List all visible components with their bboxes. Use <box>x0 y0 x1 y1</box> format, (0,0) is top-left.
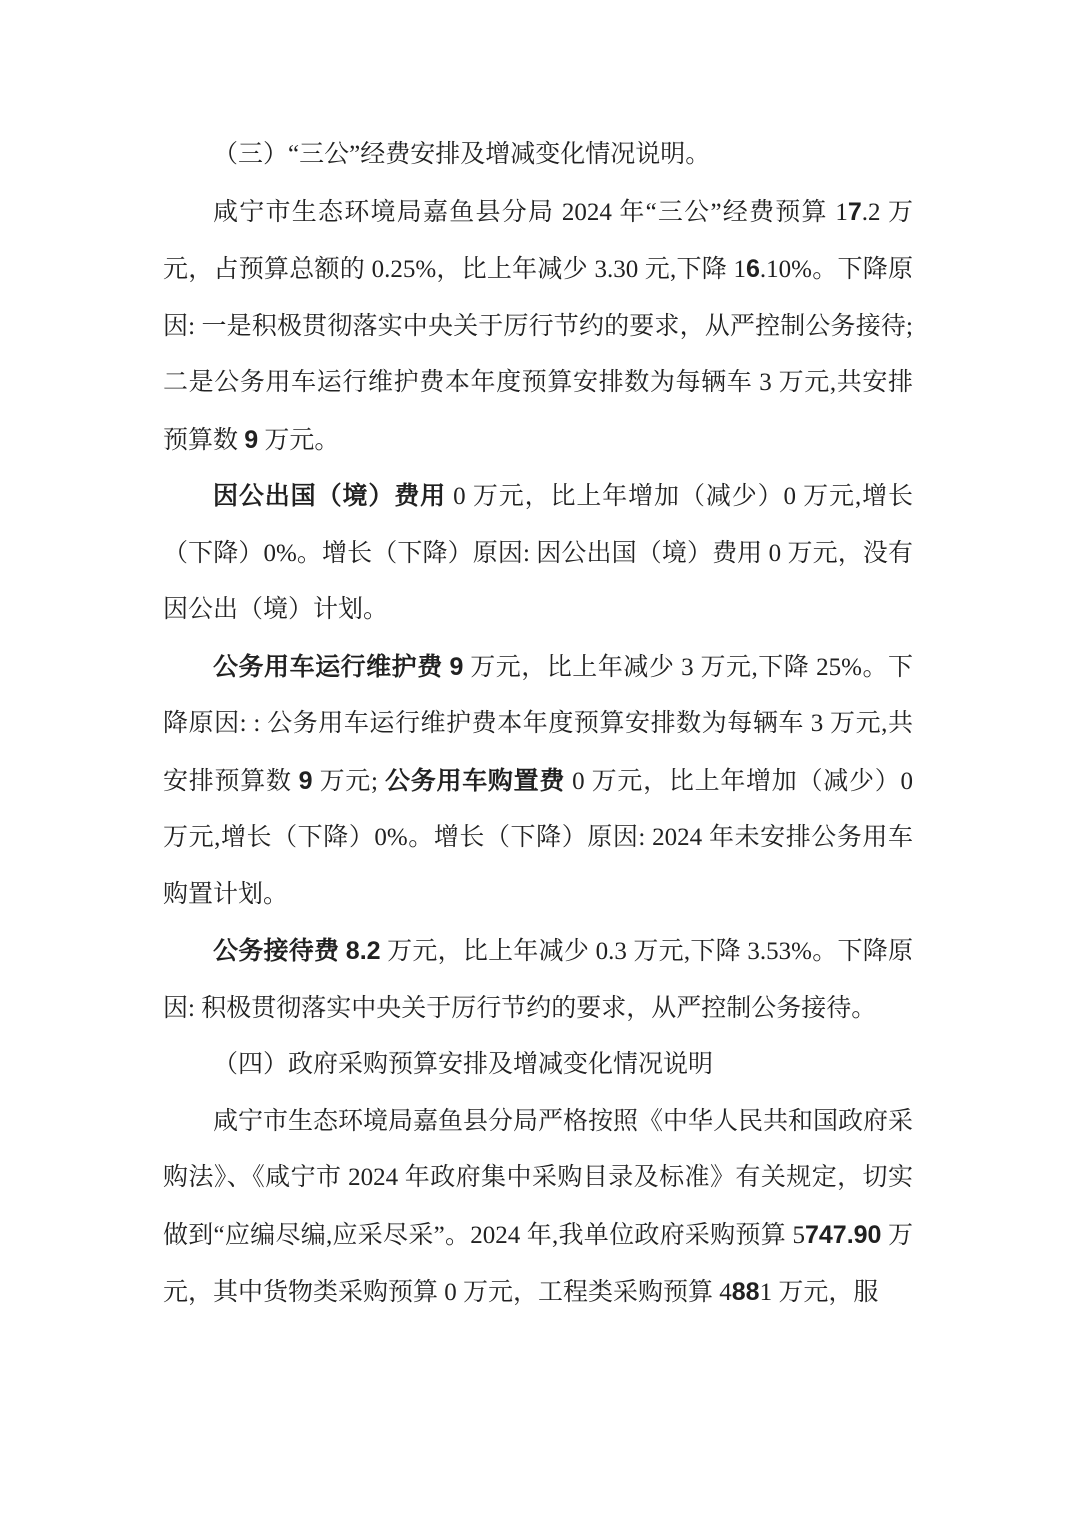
text-run: 咸宁市生态环境局嘉鱼县分局严格按照《中华人民共和国政府采购法》、《咸宁市 202… <box>163 1108 913 1249</box>
paragraph-5: 公务接待费 8.2 万元，比上年减少 0.3 万元,下降 3.53%。下降原因:… <box>163 923 913 1037</box>
text-run-bold: 7 <box>848 198 862 226</box>
text-run-bold: 8.2 <box>346 937 381 965</box>
text-run: 咸宁市生态环境局嘉鱼县分局 2024 年“三公”经费预算 1 <box>213 199 848 226</box>
text-run-bold: 公务用车购置费 <box>385 768 565 795</box>
text-run: 1 万元，服 <box>760 1279 879 1306</box>
text-run-bold: 9 <box>299 767 313 795</box>
text-run: （四）政府采购预算安排及增减变化情况说明 <box>213 1051 713 1078</box>
text-run-bold: 9 <box>450 653 464 681</box>
text-run: （三）“三公”经费安排及增减变化情况说明。 <box>213 141 710 168</box>
text-run <box>443 654 450 681</box>
text-run-bold: 因公出国（境）费用 <box>213 483 446 510</box>
document-body: （三）“三公”经费安排及增减变化情况说明。咸宁市生态环境局嘉鱼县分局 2024 … <box>0 0 1074 1322</box>
text-run-bold: 747.90 <box>805 1221 881 1249</box>
paragraph-2: 咸宁市生态环境局嘉鱼县分局 2024 年“三公”经费预算 17.2 万元，占预算… <box>163 184 913 470</box>
text-run-bold: 公务接待费 <box>213 938 339 965</box>
paragraph-1: （三）“三公”经费安排及增减变化情况说明。 <box>163 127 913 184</box>
text-run-bold: 88 <box>732 1278 760 1306</box>
text-run: .10%。下降原因: 一是积极贯彻落实中央关于厉行节约的要求，从严控制公务接待;… <box>163 256 913 454</box>
paragraph-6: （四）政府采购预算安排及增减变化情况说明 <box>163 1037 913 1094</box>
text-run-bold: 9 <box>244 426 258 454</box>
text-run: 万元; <box>313 768 385 795</box>
text-run-bold: 6 <box>746 255 760 283</box>
text-run: 万元。 <box>258 427 339 454</box>
text-run-bold: 公务用车运行维护费 <box>213 654 443 681</box>
paragraph-7: 咸宁市生态环境局嘉鱼县分局严格按照《中华人民共和国政府采购法》、《咸宁市 202… <box>163 1094 913 1322</box>
paragraph-4: 公务用车运行维护费 9 万元，比上年减少 3 万元,下降 25%。下降原因: :… <box>163 639 913 924</box>
document-page: （三）“三公”经费安排及增减变化情况说明。咸宁市生态环境局嘉鱼县分局 2024 … <box>0 0 1074 1520</box>
paragraph-3: 因公出国（境）费用 0 万元，比上年增加（减少）0 万元,增长（下降）0%。增长… <box>163 469 913 639</box>
